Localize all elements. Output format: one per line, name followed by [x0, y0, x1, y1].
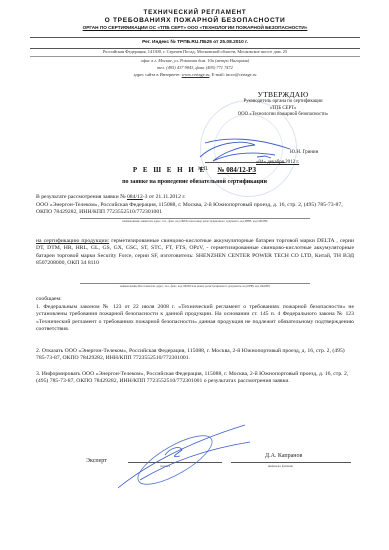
- expert-signature: [110, 420, 260, 495]
- application-reference: В результате рассмотрения заявки № 084/1…: [36, 194, 354, 201]
- header-regulation-title: ТЕХНИЧЕСКИЙ РЕГЛАМЕНТ: [30, 9, 360, 17]
- header-divider: [30, 56, 360, 57]
- header-divider: [30, 37, 360, 38]
- certification-decision-document: ТЕХНИЧЕСКИЙ РЕГЛАМЕНТ О ТРЕБОВАНИЯХ ПОЖА…: [0, 0, 389, 550]
- web-prefix: адрес сайта в Интернете:: [134, 72, 181, 77]
- intro-prefix: В результате рассмотрения заявки №: [36, 194, 126, 200]
- decision-item-3: 3. Информировать ООО «Энергон-Телеком», …: [36, 371, 354, 386]
- approval-signature: [195, 135, 295, 170]
- header-regulation-subtitle: О ТРЕБОВАНИЯХ ПОЖАРНОЙ БЕЗОПАСНОСТИ: [30, 17, 360, 25]
- decision-item-1: 1. Федеральным законом № 123 от 22 июля …: [36, 304, 354, 334]
- approval-organization: ООО «Технологии пожарной безопасности»: [218, 112, 348, 119]
- application-date: -3 от 21.11.2012 г.: [143, 194, 186, 200]
- expert-name: Д.А. Капранов: [265, 453, 302, 459]
- applicant-details: ООО «Энергон-Телеком», Российская Федера…: [36, 202, 354, 217]
- document-header: ТЕХНИЧЕСКИЙ РЕГЛАМЕНТ О ТРЕБОВАНИЯХ ПОЖА…: [30, 9, 360, 31]
- report-label: сообщаем:: [36, 296, 354, 303]
- registration-index: Рег. Индекс № ТРПБ.RU.ПБ25 от 25.08.2010…: [30, 40, 360, 45]
- name-caption: инициалы, фамилия: [268, 464, 293, 468]
- decision-number: № 084/12-РЗ: [217, 166, 256, 174]
- decision-title: Р Е Ш Е Н И Е № 084/12-РЗ: [0, 166, 389, 174]
- office-address: офис в г. Москве, ул. Розанова дом. 10а …: [30, 58, 360, 63]
- approval-block: УТВЕРЖДАЮ Руководитель органа по сертифи…: [218, 90, 348, 119]
- website-link[interactable]: www.certage.ru: [182, 72, 210, 77]
- applicant-caption: наименование заявителя, адрес, тел., фак…: [36, 219, 354, 223]
- web-contacts: адрес сайта в Интернете: www.certage.ru,…: [30, 72, 360, 77]
- decision-subtitle: по заявке на проведение обязательной сер…: [0, 179, 389, 185]
- product-description: на сертификацию продукции: герметизирова…: [36, 238, 354, 268]
- email: , E-mail: incor@certage.ru: [209, 72, 256, 77]
- contact-phones: тел. (495) 437 9843, факс (495) 771 7472: [30, 65, 360, 70]
- header-certification-body: ОРГАН ПО СЕРТИФИКАЦИИ ОС «ТПБ СЕРТ» ООО …: [30, 25, 360, 31]
- legal-address: Российская Федерация, 141300, г. Сергиев…: [30, 49, 360, 54]
- approval-title: УТВЕРЖДАЮ: [218, 90, 348, 99]
- expert-label: Эксперт: [86, 458, 107, 464]
- application-number: 084/12: [127, 194, 143, 200]
- decision-word: Р Е Ш Е Н И Е: [133, 166, 206, 174]
- decision-item-2: 2. Отказать ООО «Энергон-Телеком», Росси…: [36, 348, 354, 363]
- product-label: на сертификацию продукции:: [36, 238, 109, 244]
- manufacturer-caption: наименование Изготовителя, адрес, тел., …: [36, 284, 354, 288]
